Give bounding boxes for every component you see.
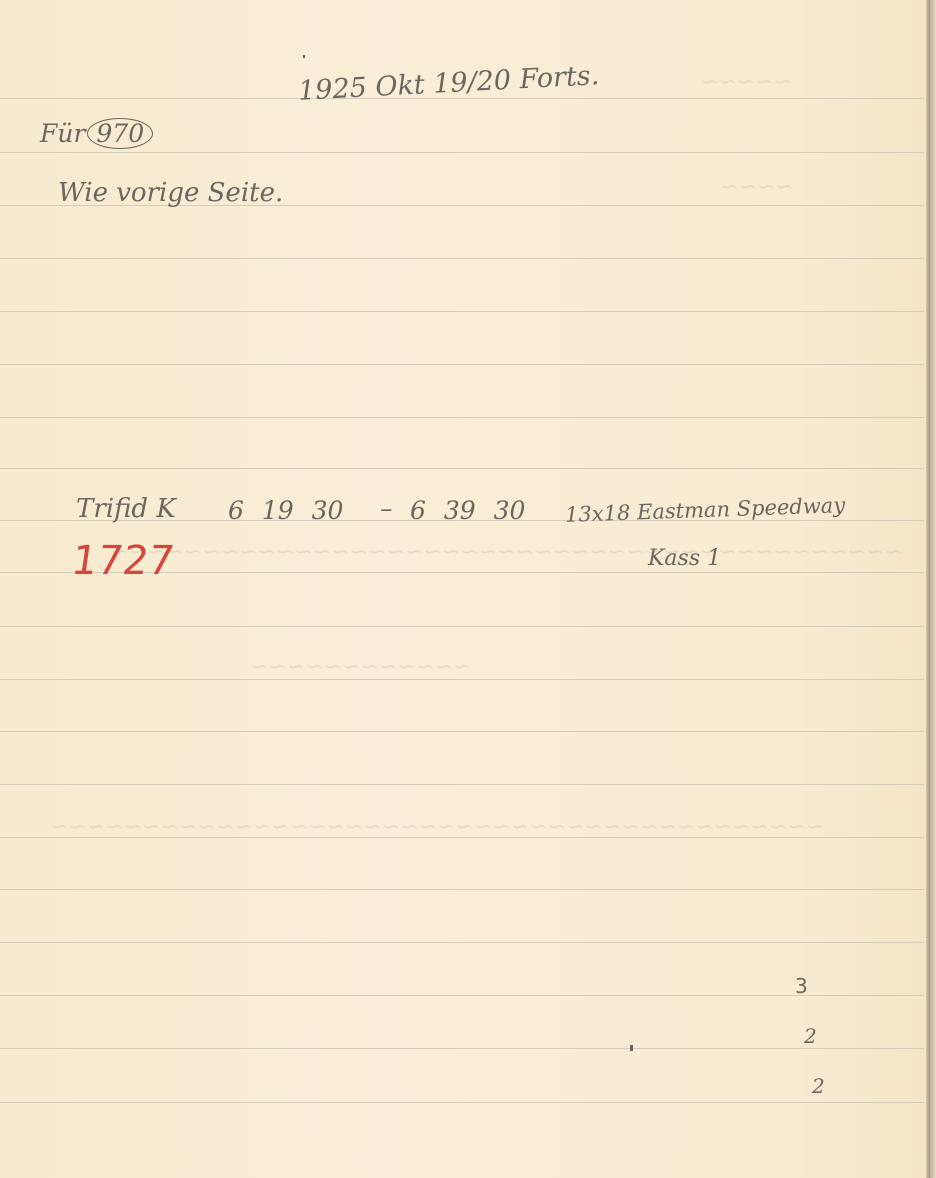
exposure-start: 6 19 30 xyxy=(228,496,343,525)
ruled-line xyxy=(0,468,924,469)
entry-prefix: Für xyxy=(40,119,85,148)
ruled-line xyxy=(0,942,924,943)
ink-speck xyxy=(630,1045,633,1051)
ruled-line xyxy=(0,784,924,785)
entry-970-note: Wie vorige Seite. xyxy=(58,178,283,208)
ruled-line xyxy=(0,417,924,418)
plate-info: 13x18 Eastman Speedway xyxy=(565,493,846,527)
ruled-line xyxy=(0,626,924,627)
ruled-line xyxy=(0,1048,924,1049)
ruled-line xyxy=(0,311,924,312)
ruled-line xyxy=(0,889,924,890)
object-label: Trifid K xyxy=(76,494,176,524)
time-separator: – xyxy=(380,494,393,523)
bleed-through: ~~~~~~~~~~~~ xyxy=(250,655,471,680)
bleed-through: ~~~~~~~~~~~~~~~~~~~~~~~~~~~~~~~~~~~~~~~~… xyxy=(110,540,903,565)
bleed-through: ~~~~~~~~~~~~~~~~~~~~~~~~~~~~~~~~~~~~~~~~… xyxy=(50,815,824,840)
cassette-label: Kass 1 xyxy=(648,546,721,571)
date-header: 1925 Okt 19/20 Forts. xyxy=(297,60,600,107)
bleed-through: ~~~~~ xyxy=(700,70,792,95)
exposure-end: 6 39 30 xyxy=(410,496,525,525)
ruled-line xyxy=(0,258,924,259)
ruled-line xyxy=(0,995,924,996)
plate-number-red: 1727 xyxy=(69,538,177,584)
ruled-line xyxy=(0,152,924,153)
ruled-line xyxy=(0,1102,924,1103)
bleed-through: ~~~~ xyxy=(720,175,794,200)
circled-plate-number: 970 xyxy=(87,118,153,149)
tally-mark: 3 xyxy=(795,974,808,998)
ruled-line xyxy=(0,731,924,732)
ruled-line xyxy=(0,364,924,365)
tally-mark: 2 xyxy=(812,1074,825,1098)
entry-970-heading: Für970 xyxy=(40,118,153,149)
tally-mark: 2 xyxy=(804,1024,817,1048)
notebook-page: ~~~~~ ~~~~ ~~~~~~~~~~~~~~~~~~~~~~~~~~~~~… xyxy=(0,0,936,1178)
ink-speck xyxy=(303,55,305,58)
page-edge xyxy=(930,0,936,1178)
